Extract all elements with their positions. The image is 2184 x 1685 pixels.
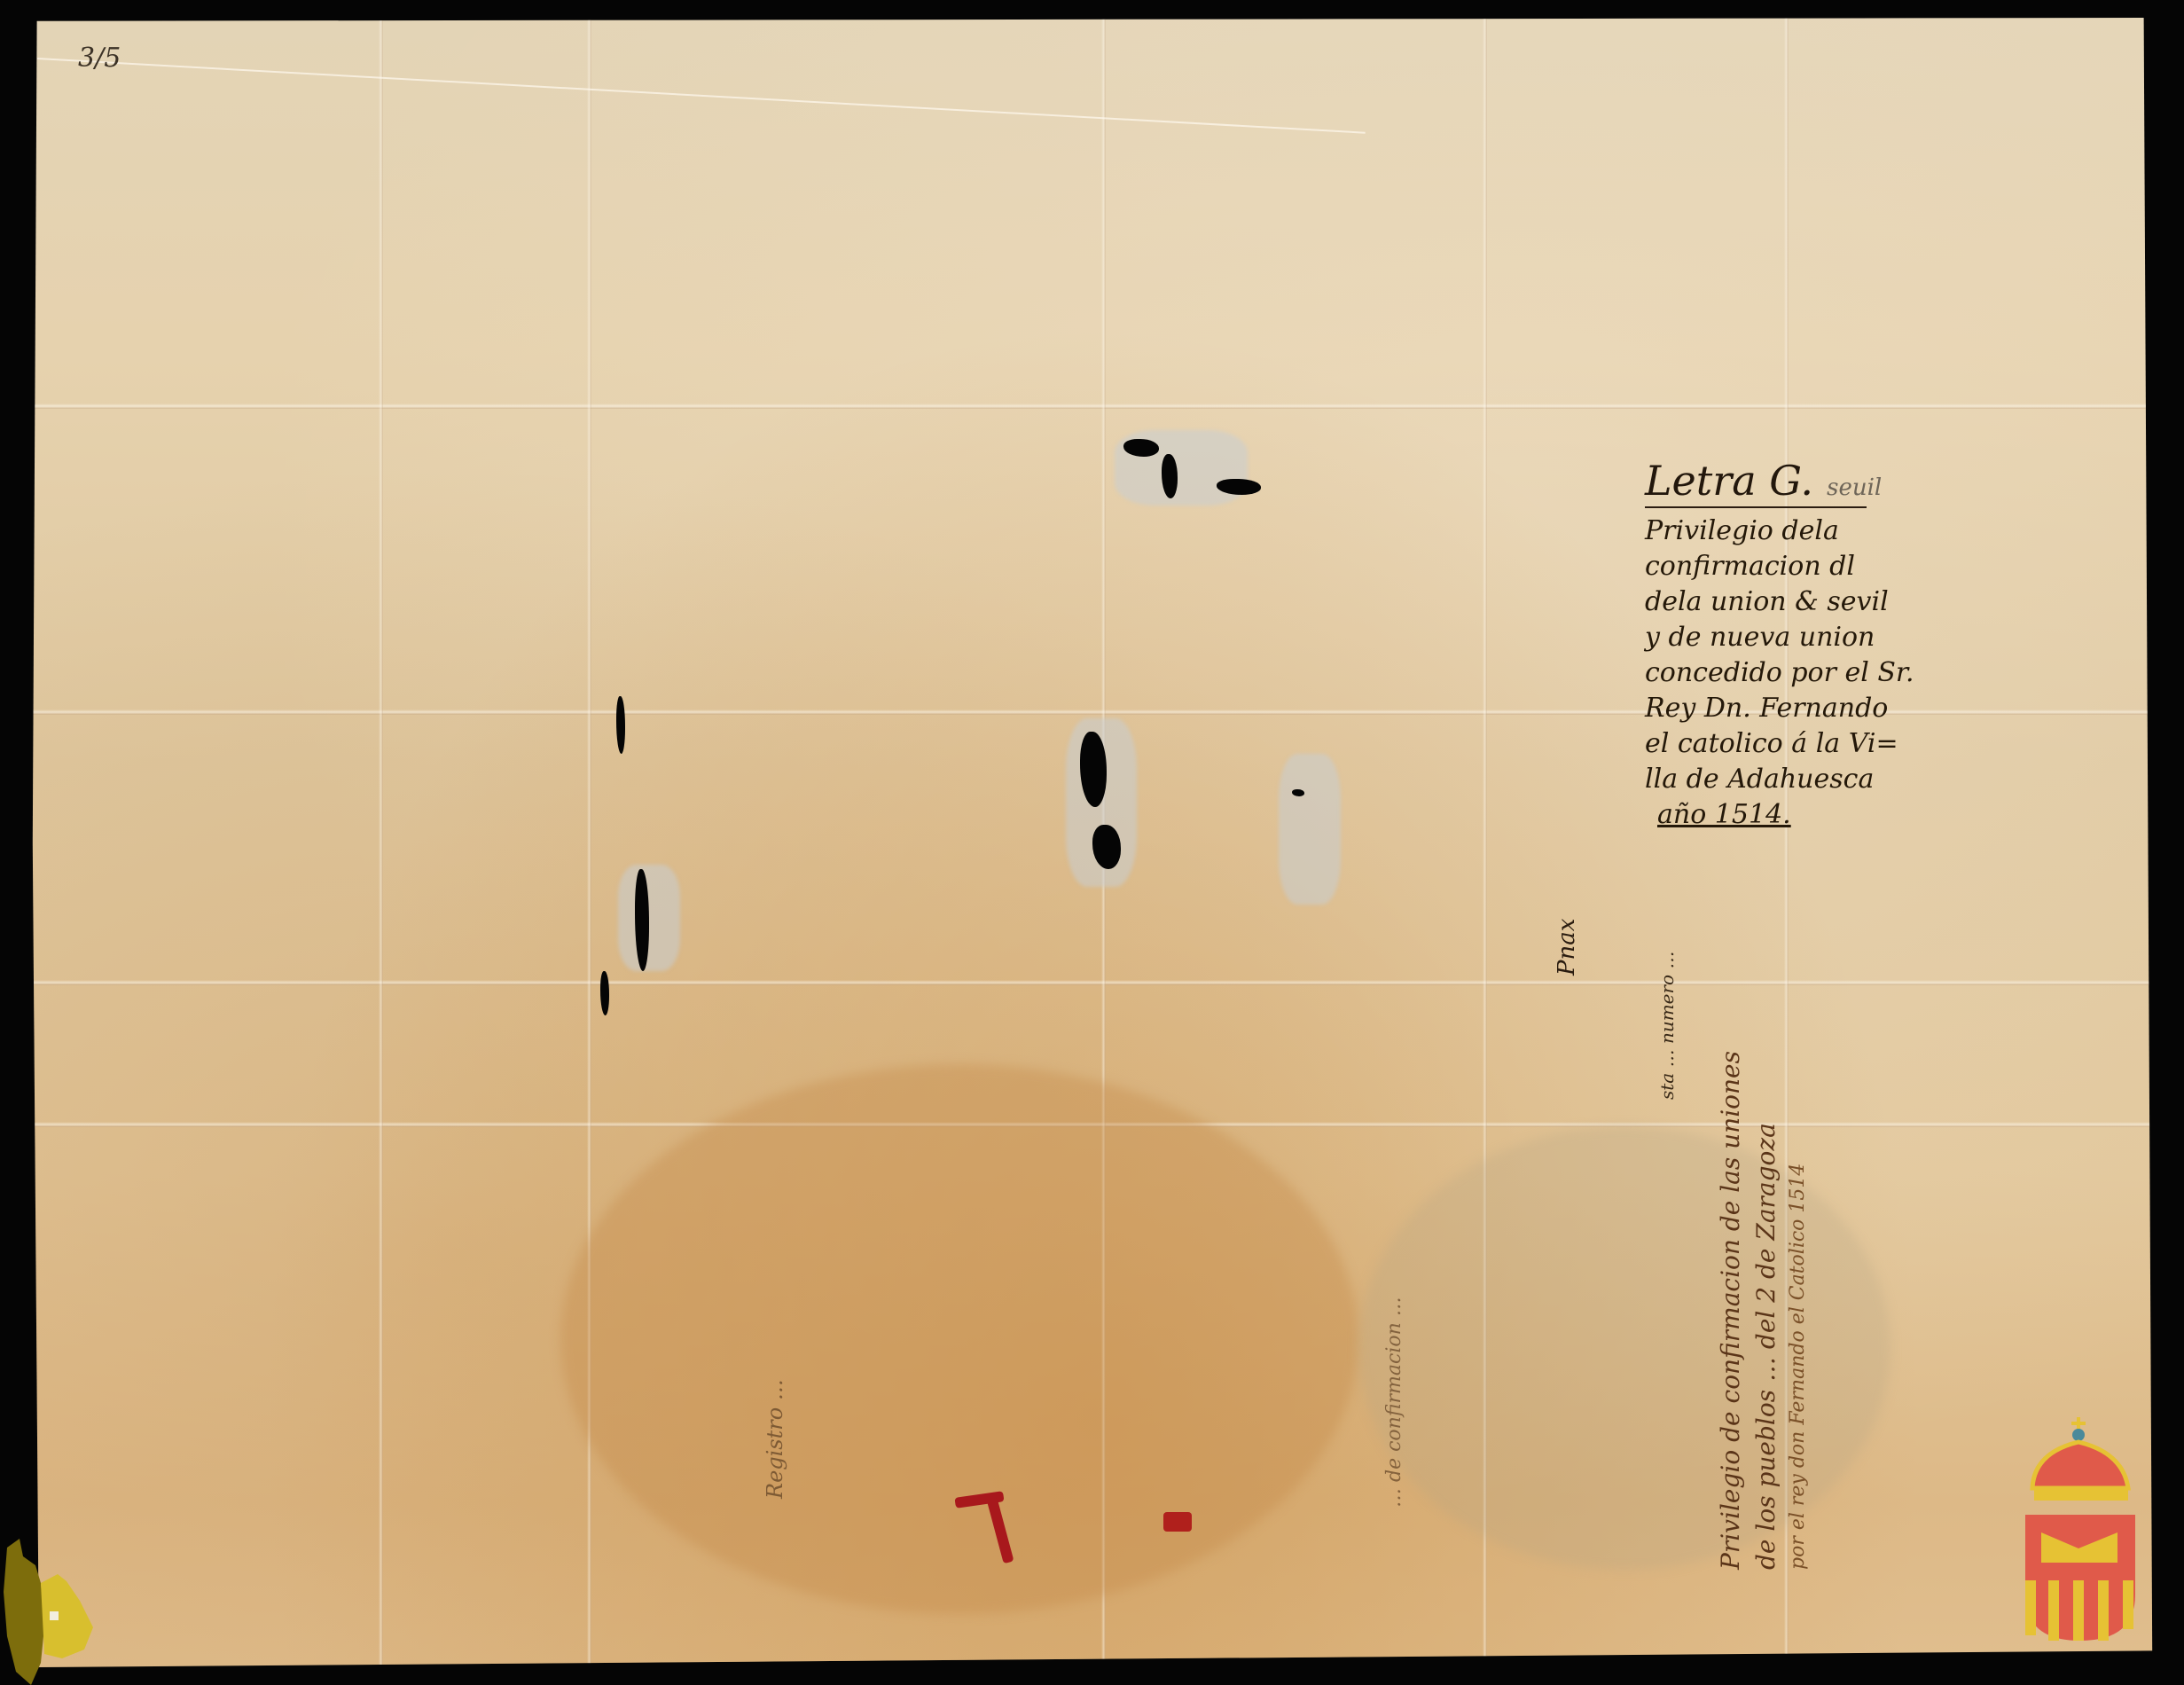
- label-line: Privilegio dela: [1645, 513, 1946, 549]
- privilegio-summary-line: Privilegio de confirmacion de las unione…: [1716, 1051, 1745, 1570]
- privilegio-summary-line: por el rey don Fernando el Catolico 1514: [1787, 1164, 1809, 1570]
- label-line: Rey Dn. Fernando: [1645, 691, 1946, 726]
- label-heading: Letra G.: [1645, 457, 1813, 505]
- parchment-document: [28, 18, 2157, 1667]
- water-stain: [560, 1064, 1358, 1614]
- faded-annotation: … de confirmacion …: [1383, 1297, 1405, 1508]
- registro-annotation: Registro …: [763, 1379, 787, 1499]
- fold-line: [28, 404, 2157, 409]
- fold-line: [28, 980, 2157, 985]
- fold-line: [379, 18, 383, 1667]
- seal-ribbon: [1163, 1512, 1192, 1532]
- archival-label: Letra G. seuil Privilegio dela confirmac…: [1645, 457, 1946, 833]
- crease-line: [37, 58, 1366, 134]
- signum-annotation: Pnax: [1554, 919, 1580, 976]
- hole: [1162, 454, 1178, 498]
- label-line: confirmacion dl: [1645, 549, 1946, 584]
- page-marker: 3/5: [78, 43, 121, 74]
- numero-annotation: sta … numero …: [1656, 952, 1678, 1100]
- privilegio-summary-line: de los pueblos … del 2 de Zaragoza: [1751, 1123, 1781, 1570]
- label-year: año 1514.: [1657, 797, 1946, 833]
- label-line: y de nueva union: [1645, 620, 1946, 655]
- region-map-icon: [0, 1530, 106, 1685]
- label-line: dela union & sevil: [1645, 584, 1946, 620]
- hole: [616, 696, 625, 754]
- water-stain: [1358, 1126, 1890, 1570]
- hole: [600, 971, 609, 1015]
- paper-repair: [1279, 754, 1341, 905]
- label-line: concedido por el Sr.: [1645, 655, 1946, 691]
- paper-repair: [618, 865, 680, 971]
- label-line: lla de Adahuesca: [1645, 762, 1946, 797]
- label-line: el catolico á la Vi=: [1645, 726, 1946, 762]
- label-heading-note: seuil: [1827, 474, 1882, 501]
- coat-of-arms-icon: [2025, 1417, 2135, 1641]
- heading-rule: [1645, 506, 1867, 508]
- hole: [635, 869, 649, 971]
- hole: [1292, 789, 1304, 796]
